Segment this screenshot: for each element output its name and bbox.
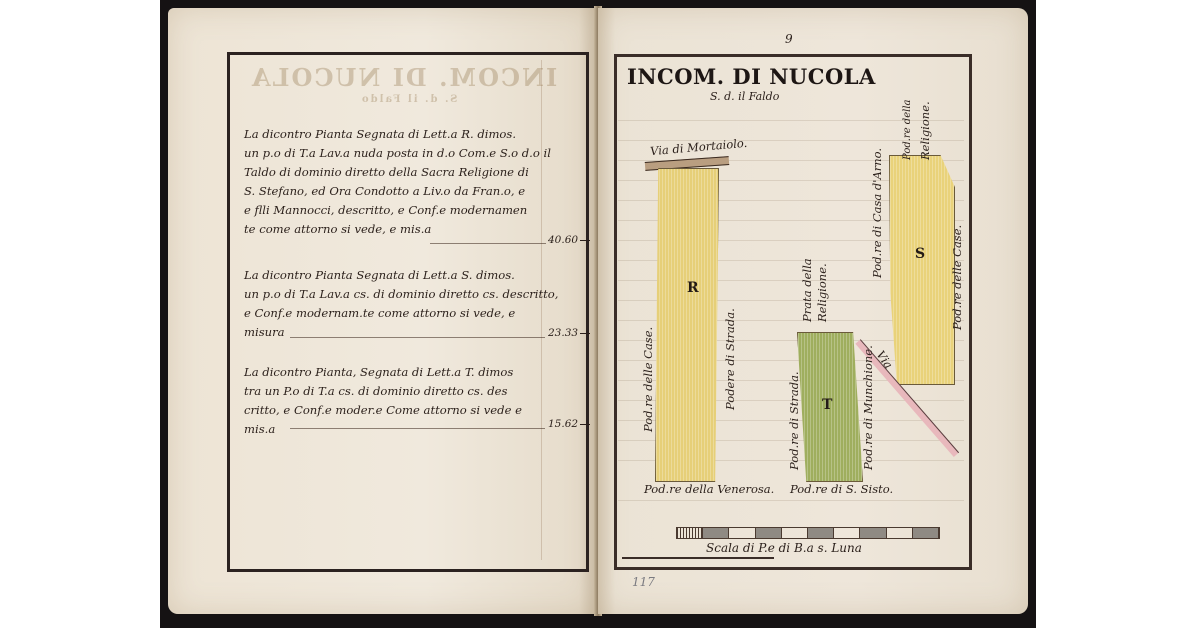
label-pod-di-s-sisto: Pod.re di S. Sisto. bbox=[790, 482, 893, 496]
register-entry-r: La dicontro Pianta Segnata di Lett.a R. … bbox=[244, 125, 574, 239]
bleed-through-subtitle: S. d. il Faldo bbox=[360, 94, 457, 105]
entry-line: e Conf.e modernam.te come attorno si ved… bbox=[244, 304, 574, 323]
entry-rule bbox=[430, 243, 546, 244]
parcel-letter-r: R bbox=[687, 280, 699, 296]
entry-line: mis.a bbox=[244, 420, 574, 439]
label-religione-right: Religione. bbox=[918, 101, 932, 160]
entry-amount-r: 40.60 bbox=[548, 234, 590, 246]
bleed-through-title: INCOM. DI NUCOLA bbox=[250, 63, 557, 92]
entry-line: un p.o di T.a Lav.a nuda posta in d.o Co… bbox=[244, 144, 574, 163]
parcel-s bbox=[889, 155, 955, 385]
entry-amount-t: 15.62 bbox=[548, 418, 590, 430]
entry-line: critto, e Conf.e moder.e Come attorno si… bbox=[244, 401, 574, 420]
entry-line: e flli Mannocci, descritto, e Conf.e mod… bbox=[244, 201, 574, 220]
label-pod-di-munchione: Pod.re di Munchione. bbox=[861, 345, 875, 470]
label-pod-delle-case-right: Pod.re delle Case. bbox=[950, 225, 964, 330]
label-pod-di-strada: Pod.re di Strada. bbox=[787, 371, 801, 470]
label-pod-delle-case: Pod.re delle Case. bbox=[641, 327, 655, 432]
parcel-r bbox=[655, 168, 719, 482]
label-pod-di-casa-d-arno: Pod.re di Casa d'Arno. bbox=[870, 148, 884, 278]
entry-rule bbox=[290, 337, 545, 338]
entry-line: La dicontro Pianta Segnata di Lett.a R. … bbox=[244, 125, 574, 144]
register-entry-s: La dicontro Pianta Segnata di Lett.a S. … bbox=[244, 266, 574, 342]
scale-label: Scala di P.e di B.a s. Luna bbox=[706, 541, 862, 555]
entry-line: Taldo di dominio diretto della Sacra Rel… bbox=[244, 163, 574, 182]
entry-line: S. Stefano, ed Ora Condotto a Liv.o da F… bbox=[244, 182, 574, 201]
scale-underline bbox=[622, 557, 774, 559]
folio-number: 117 bbox=[632, 575, 655, 589]
entry-line: La dicontro Pianta, Segnata di Lett.a T.… bbox=[244, 363, 574, 382]
parcel-letter-t: T bbox=[822, 397, 832, 413]
label-podere-di-strada: Podere di Strada. bbox=[723, 308, 737, 410]
label-pod-della: Pod.re della bbox=[902, 100, 913, 160]
entry-line: un p.o di T.a Lav.a cs. di dominio diret… bbox=[244, 285, 574, 304]
label-religione: Religione. bbox=[815, 263, 829, 322]
entry-amount-s: 23.33 bbox=[548, 327, 590, 339]
entry-line: tra un P.o di T.a cs. di dominio diretto… bbox=[244, 382, 574, 401]
entry-line: misura bbox=[244, 323, 574, 342]
entry-line: te come attorno si vede, e mis.a bbox=[244, 220, 574, 239]
map-title: INCOM. DI NUCOLA bbox=[627, 64, 876, 89]
entry-line: La dicontro Pianta Segnata di Lett.a S. … bbox=[244, 266, 574, 285]
entry-rule bbox=[290, 428, 545, 429]
parcel-letter-s: S bbox=[915, 246, 925, 262]
label-prata-della: Prata della bbox=[800, 258, 814, 322]
label-pod-della-venerosa: Pod.re della Venerosa. bbox=[644, 482, 774, 496]
map-subtitle: S. d. il Faldo bbox=[710, 90, 779, 103]
map-scale-bar bbox=[676, 527, 940, 539]
page-number: 9 bbox=[785, 32, 793, 46]
